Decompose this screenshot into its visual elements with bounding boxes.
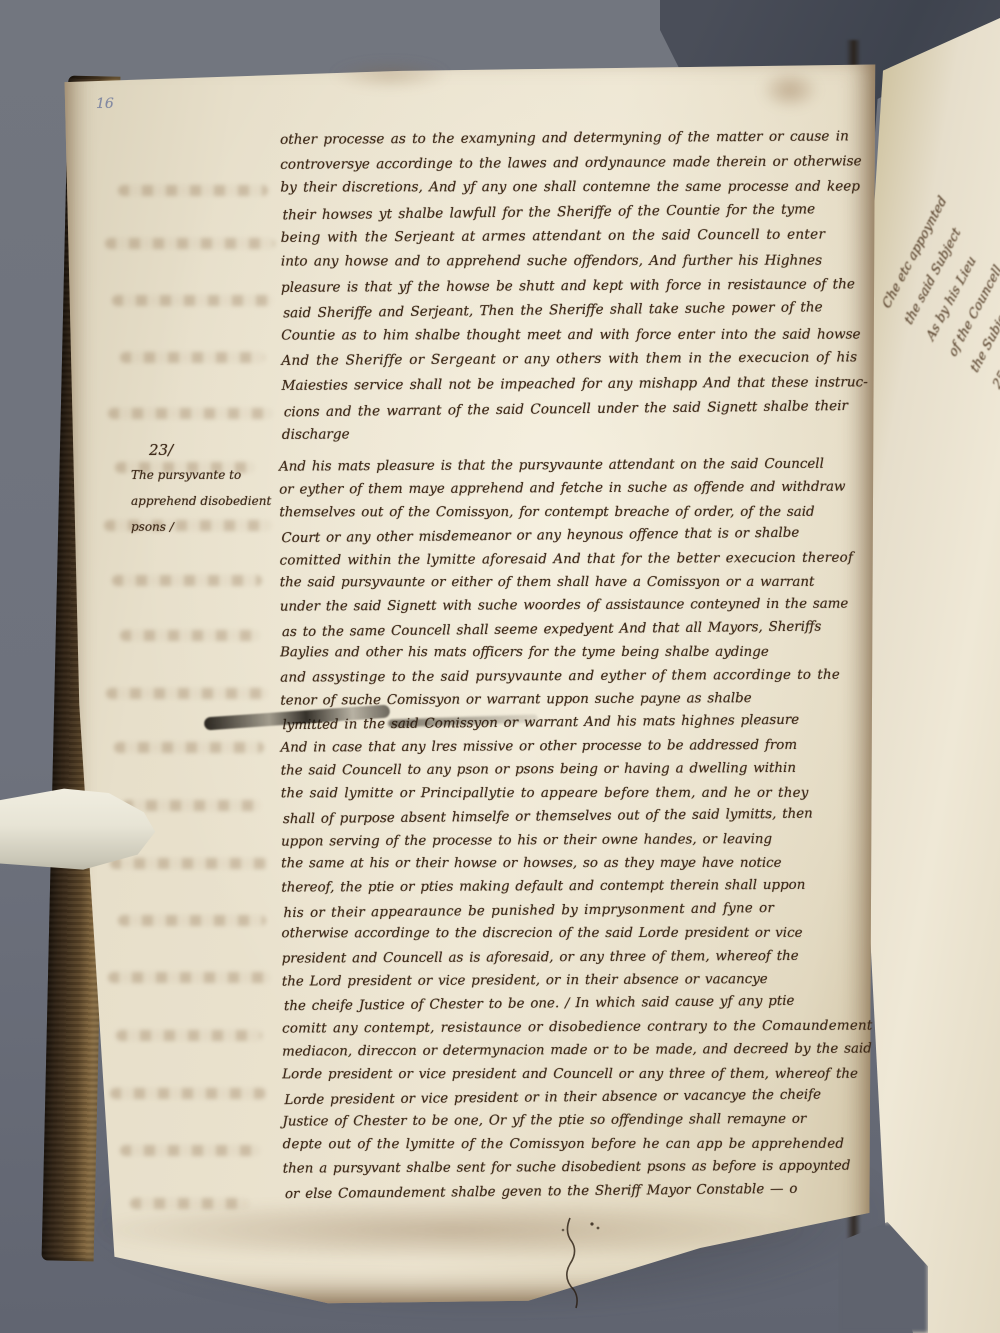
showthrough-line <box>120 1145 260 1156</box>
text-line: president and Councell as is aforesaid, … <box>282 944 886 971</box>
showthrough-line <box>106 688 268 699</box>
showthrough-line <box>130 1198 250 1209</box>
text-line: And the Sheriffe or Sergeant or any othe… <box>281 346 881 374</box>
text-line: otherwise accordinge to the discrecion o… <box>282 922 886 946</box>
showthrough-line <box>110 1088 266 1099</box>
text-line: into any howse and to apprehend suche of… <box>281 248 881 274</box>
text-line: controversye accordinge to the lawes and… <box>280 149 880 177</box>
text-line: the said lymitte or Principallytie to ap… <box>281 781 885 805</box>
text-line: And his mats pleasure is that the pursyv… <box>279 452 883 479</box>
showthrough-line <box>105 238 275 249</box>
text-line: the said pursyvaunte or either of them s… <box>280 571 884 595</box>
folio-number: 16 <box>96 96 114 112</box>
text-line: Countie as to him shalbe thought meet an… <box>281 322 881 348</box>
text-line: said Sheriffe and Serjeant, Then the She… <box>283 295 883 326</box>
showthrough-line <box>112 295 272 306</box>
page-edge-toning <box>100 1200 800 1260</box>
main-text-paragraph-2: And his mats pleasure is that the pursyv… <box>279 452 887 1204</box>
margin-note-line: The pursyvante to <box>131 462 291 488</box>
text-line: or else Comaundement shalbe geven to the… <box>285 1176 889 1206</box>
text-line: Justice of Chester to be one, Or yf the … <box>282 1108 886 1135</box>
showthrough-line <box>116 1030 262 1041</box>
showthrough-line <box>118 915 266 926</box>
section-number: 23/ <box>149 441 173 459</box>
text-line: the said Councell to any pson or psons b… <box>281 757 885 784</box>
showthrough-line <box>114 742 264 753</box>
showthrough-line <box>120 630 260 641</box>
showthrough-line <box>112 575 262 586</box>
page-stain <box>330 60 450 90</box>
text-line: his or their appearaunce be punished by … <box>283 896 887 926</box>
text-line: and assystinge to the said pursyvaunte a… <box>280 663 884 690</box>
showthrough-line <box>110 858 268 869</box>
text-line: by their discretions, And yf any one sha… <box>280 175 880 201</box>
showthrough-line <box>108 972 270 983</box>
margin-note-line: apprehend disobedient <box>131 488 291 514</box>
margin-note: The pursyvante toapprehend disobedientps… <box>131 462 291 540</box>
text-line: comitt any contempt, resistaunce or diso… <box>282 1014 886 1041</box>
text-line: And in case that any lres missive or oth… <box>281 733 885 760</box>
text-line: Lorde president or vice president and Co… <box>282 1062 886 1086</box>
text-line: Baylies and other his mats officers for … <box>280 641 884 665</box>
margin-note-line: psons / <box>131 514 291 541</box>
showthrough-line <box>108 408 273 419</box>
page-stain <box>760 70 820 110</box>
showthrough-line <box>122 800 260 811</box>
showthrough-line <box>120 352 265 363</box>
main-text-paragraph-1: other processe as to the examyning and d… <box>280 124 882 447</box>
right-page-text: Che etc appoyntedthe said SubjectAs by h… <box>875 18 1000 620</box>
text-line: depte out of the lymitte of the Comissyo… <box>283 1133 887 1157</box>
text-line: mediacon, direccon or determynacion made… <box>282 1038 886 1065</box>
text-line: comitted within the lymitte aforesaid An… <box>280 546 884 573</box>
text-line: or eyther of them maye apprehend and fet… <box>279 476 883 503</box>
ink-mark <box>556 1216 606 1311</box>
text-line: the same at his or their howse or howses… <box>281 852 885 876</box>
showthrough-line <box>118 185 268 196</box>
text-line: uppon serving of the processe to his or … <box>281 827 885 854</box>
text-line: other processe as to the examyning and d… <box>280 124 880 152</box>
